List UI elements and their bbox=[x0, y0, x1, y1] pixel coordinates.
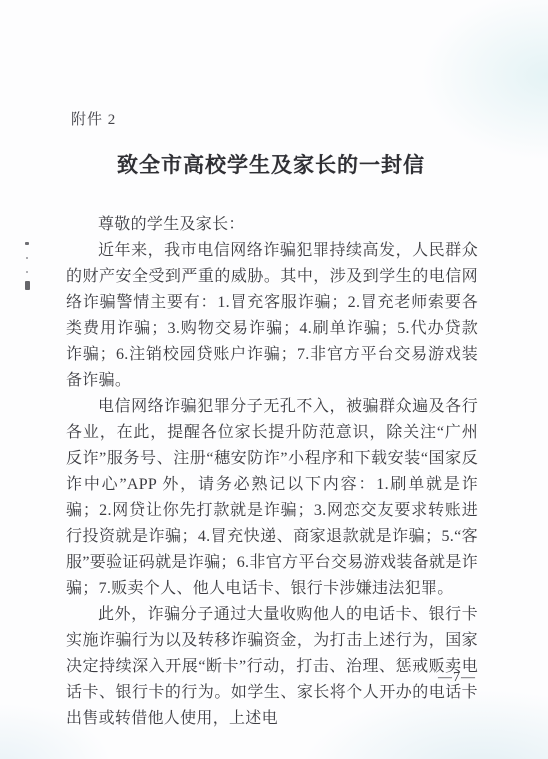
scan-artifact-dot bbox=[25, 281, 30, 290]
paragraph-prevention-tips: 电信网络诈骗犯罪分子无孔不入，被骗群众遍及各行各业，在此，提醒各位家长提升防范意… bbox=[66, 394, 478, 602]
paragraph-card-crackdown: 此外，诈骗分子通过大量收购他人的电话卡、银行卡实施诈骗行为以及转移诈骗资金，为打… bbox=[66, 602, 478, 732]
page-title: 致全市高校学生及家长的一封信 bbox=[0, 149, 542, 179]
letter-body: 尊敬的学生及家长： 近年来，我市电信网络诈骗犯罪持续高发，人民群众的财产安全受到… bbox=[66, 212, 478, 732]
paragraph-fraud-types: 近年来，我市电信网络诈骗犯罪持续高发，人民群众的财产安全受到严重的威胁。其中，涉… bbox=[66, 238, 478, 394]
scan-artifact-dot bbox=[25, 242, 29, 245]
scanned-letter-page: 附件 2 致全市高校学生及家长的一封信 尊敬的学生及家长： 近年来，我市电信网络… bbox=[0, 0, 548, 759]
page-number: —7— bbox=[438, 670, 476, 686]
scan-artifact-dot bbox=[26, 257, 28, 259]
attachment-label: 附件 2 bbox=[71, 108, 116, 129]
scan-artifact-dot bbox=[26, 271, 28, 273]
salutation-line: 尊敬的学生及家长： bbox=[66, 212, 478, 238]
